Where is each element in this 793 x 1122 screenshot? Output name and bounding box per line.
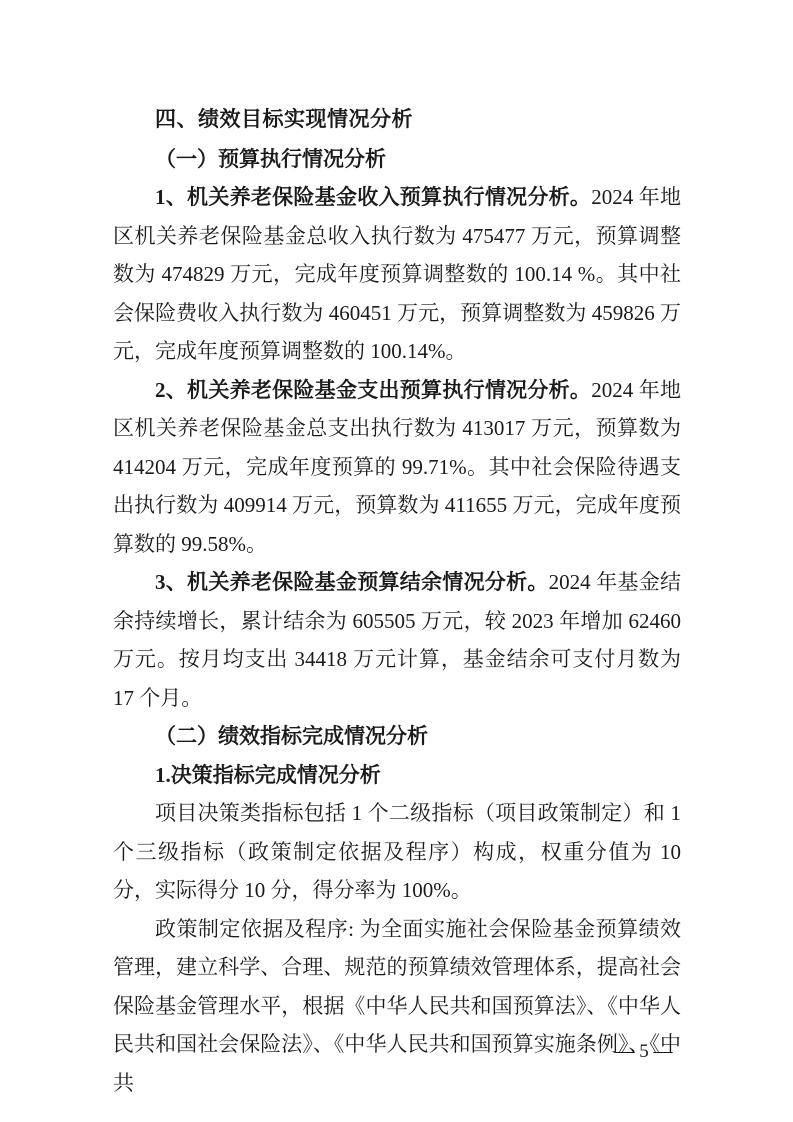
paragraph-bold-lead: 1、机关养老保险基金收入预算执行情况分析。 bbox=[155, 185, 591, 209]
paragraph-decision-indicators: 项目决策类指标包括 1 个二级指标（项目政策制定）和 1 个三级指标（政策制定依… bbox=[113, 794, 681, 910]
page-number: — 5 — bbox=[604, 1040, 684, 1064]
paragraph-fund-surplus: 3、机关养老保险基金预算结余情况分析。2024 年基金结余持续增长，累计结余为 … bbox=[113, 563, 681, 717]
paragraph-policy-basis: 政策制定依据及程序: 为全面实施社会保险基金预算绩效管理，建立科学、合理、规范的… bbox=[113, 910, 681, 1103]
paragraph-bold-lead: 2、机关养老保险基金支出预算执行情况分析。 bbox=[155, 378, 591, 402]
subsection-heading-budget-execution: （一）预算执行情况分析 bbox=[113, 140, 681, 179]
paragraph-fund-income: 1、机关养老保险基金收入预算执行情况分析。2024 年地区机关养老保险基金总收入… bbox=[113, 178, 681, 371]
subsection-heading-indicator-completion: （二）绩效指标完成情况分析 bbox=[113, 717, 681, 756]
paragraph-fund-expenditure: 2、机关养老保险基金支出预算执行情况分析。2024 年地区机关养老保险基金总支出… bbox=[113, 371, 681, 564]
section-heading-performance-analysis: 四、绩效目标实现情况分析 bbox=[113, 101, 681, 140]
paragraph-text: 项目决策类指标包括 1 个二级指标（项目政策制定）和 1 个三级指标（政策制定依… bbox=[113, 801, 681, 902]
paragraph-bold-lead: 3、机关养老保险基金预算结余情况分析。 bbox=[155, 570, 549, 594]
paragraph-text: 2024 年地区机关养老保险基金总支出执行数为 413017 万元，预算数为 4… bbox=[113, 378, 681, 556]
subheading-decision-indicators: 1.决策指标完成情况分析 bbox=[113, 756, 681, 795]
paragraph-text: 政策制定依据及程序: 为全面实施社会保险基金预算绩效管理，建立科学、合理、规范的… bbox=[113, 917, 681, 1095]
document-page: 四、绩效目标实现情况分析 （一）预算执行情况分析 1、机关养老保险基金收入预算执… bbox=[0, 0, 793, 1122]
paragraph-text: 2024 年地区机关养老保险基金总收入执行数为 475477 万元，预算调整数为… bbox=[113, 185, 681, 363]
document-body: 四、绩效目标实现情况分析 （一）预算执行情况分析 1、机关养老保险基金收入预算执… bbox=[113, 101, 681, 1102]
